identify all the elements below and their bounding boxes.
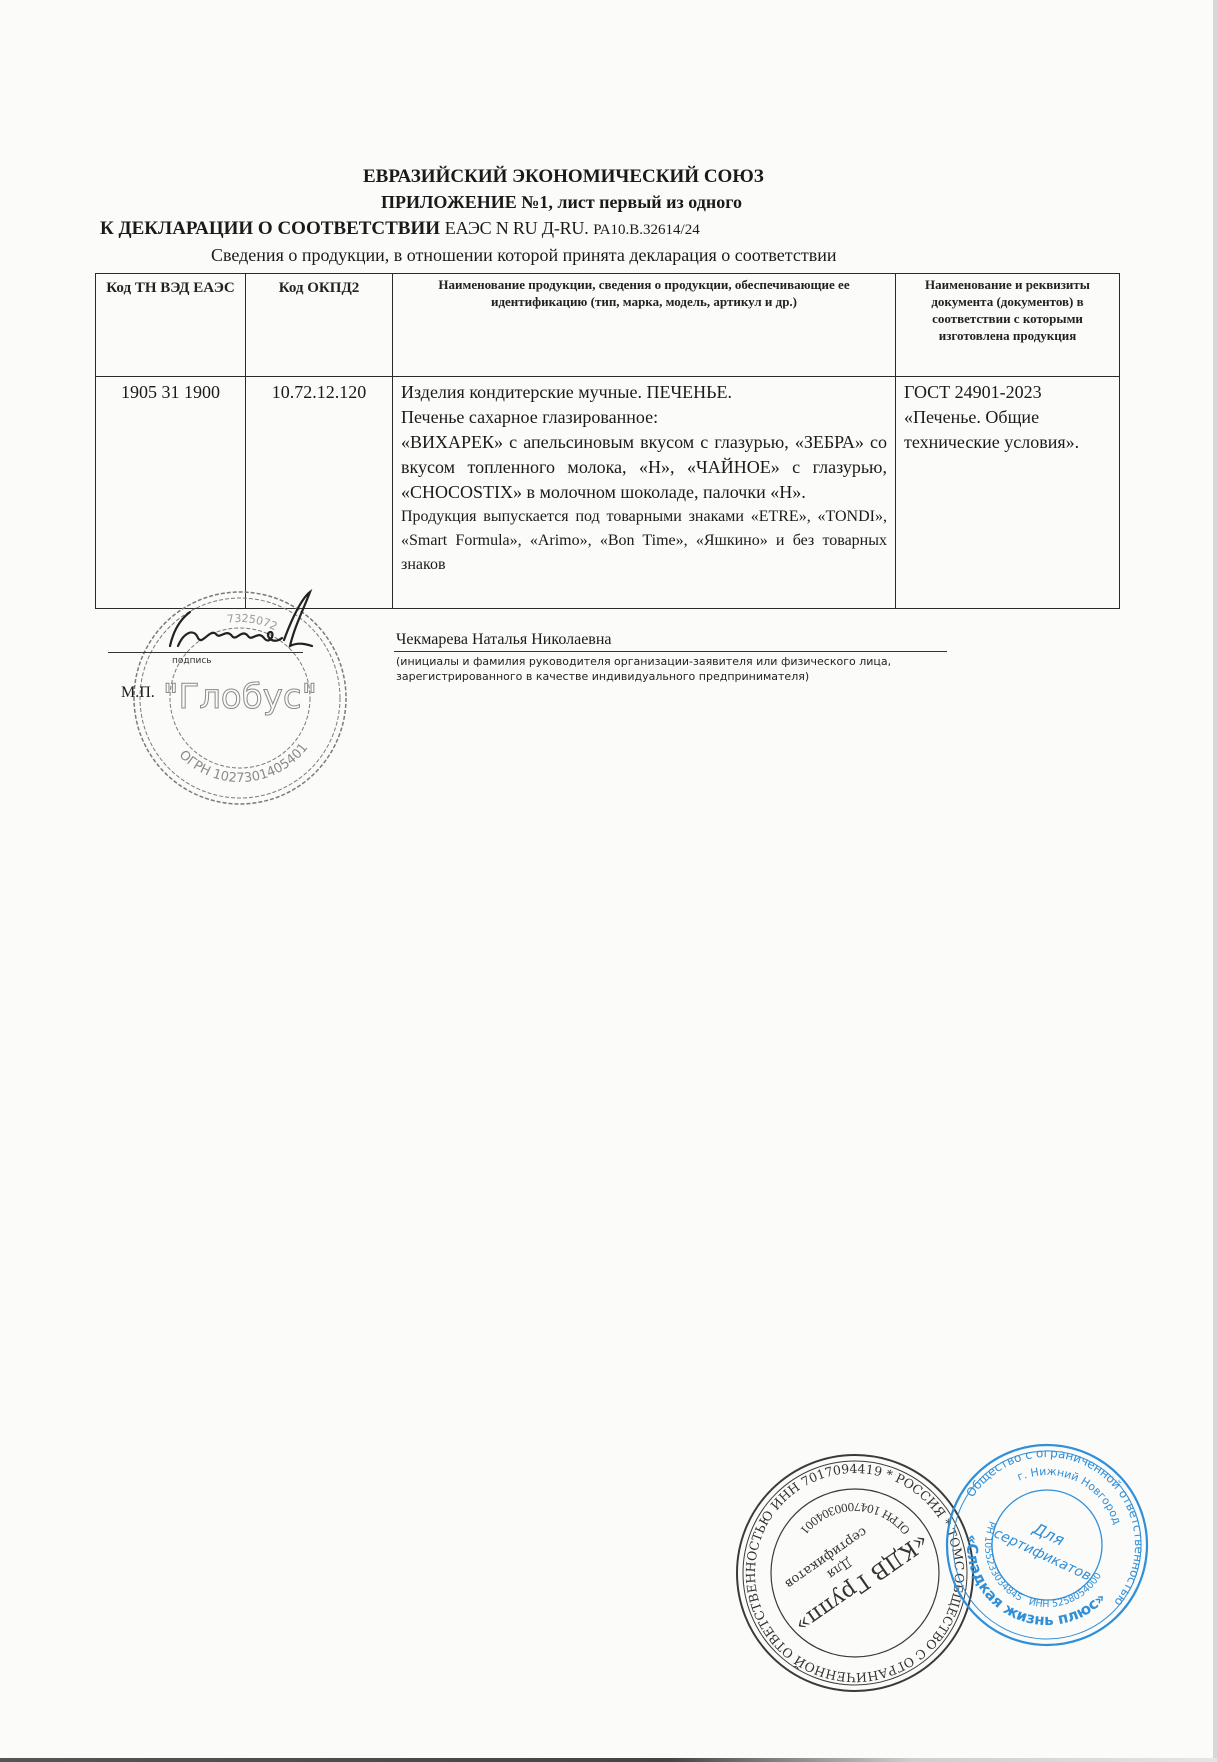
header-appendix: ПРИЛОЖЕНИЕ №1, лист первый из одного	[381, 192, 1217, 213]
cell-okpd2: 10.72.12.120	[246, 377, 393, 609]
sladkaya-zhizn-stamp: Общество с ограниченной ответственностью…	[942, 1440, 1152, 1650]
svg-text:ОГРН 1027301405401: ОГРН 1027301405401	[176, 741, 311, 787]
signature-line	[108, 652, 303, 653]
handwritten-signature	[160, 588, 320, 658]
col-header-standard: Наименование и реквизиты документа (доку…	[896, 274, 1120, 377]
name-line	[394, 651, 947, 652]
signatory-hint: (инициалы и фамилия руководителя организ…	[396, 654, 916, 684]
col-header-product: Наименование продукции, сведения о проду…	[393, 274, 896, 377]
table-row: 1905 31 1900 10.72.12.120 Изделия кондит…	[96, 377, 1120, 609]
declaration-number-prefix: ЕАЭС N RU Д-RU.	[445, 218, 589, 238]
declaration-number: РА10.В.32614/24	[593, 222, 699, 238]
header-union: ЕВРАЗИЙСКИЙ ЭКОНОМИЧЕСКИЙ СОЮЗ	[363, 166, 1217, 188]
globus-stamp-ring: ОГРН 1027301405401	[176, 741, 311, 787]
cell-product: Изделия кондитерские мучные. ПЕЧЕНЬЕ. Пе…	[393, 377, 896, 609]
kdv-stamp-name: «КДВ Групп»	[791, 1527, 933, 1637]
product-type: Печенье сахарное глазированное:	[401, 405, 887, 430]
signature-label: подпись	[172, 656, 212, 666]
globus-stamp-name: "Глобус"	[163, 677, 317, 717]
product-trademarks: Продукция выпускается под товарными знак…	[401, 505, 887, 577]
table-caption: Сведения о продукции, в отношении которо…	[211, 245, 836, 266]
cell-standard: ГОСТ 24901-2023 «Печенье. Общие техничес…	[896, 377, 1120, 609]
scan-edge-right	[1213, 0, 1217, 1762]
signatory-name: Чекмарева Наталья Николаевна	[396, 631, 612, 649]
declaration-title: К ДЕКЛАРАЦИИ О СООТВЕТСТВИИ	[100, 218, 440, 239]
product-table: Код ТН ВЭД ЕАЭС Код ОКПД2 Наименование п…	[95, 273, 1120, 609]
product-names: «ВИХАРЕК» с апельсиновым вкусом с глазур…	[401, 430, 887, 505]
col-header-okpd2: Код ОКПД2	[246, 274, 393, 377]
table-header-row: Код ТН ВЭД ЕАЭС Код ОКПД2 Наименование п…	[96, 274, 1120, 377]
product-category: Изделия кондитерские мучные. ПЕЧЕНЬЕ.	[401, 380, 887, 405]
cell-tn-ved: 1905 31 1900	[96, 377, 246, 609]
seal-place-label: М.П.	[121, 684, 155, 702]
header-declaration: К ДЕКЛАРАЦИИ О СООТВЕТСТВИИ ЕАЭС N RU Д-…	[100, 218, 1217, 240]
col-header-tn-ved: Код ТН ВЭД ЕАЭС	[96, 274, 246, 377]
scan-edge-bottom	[0, 1758, 1217, 1762]
